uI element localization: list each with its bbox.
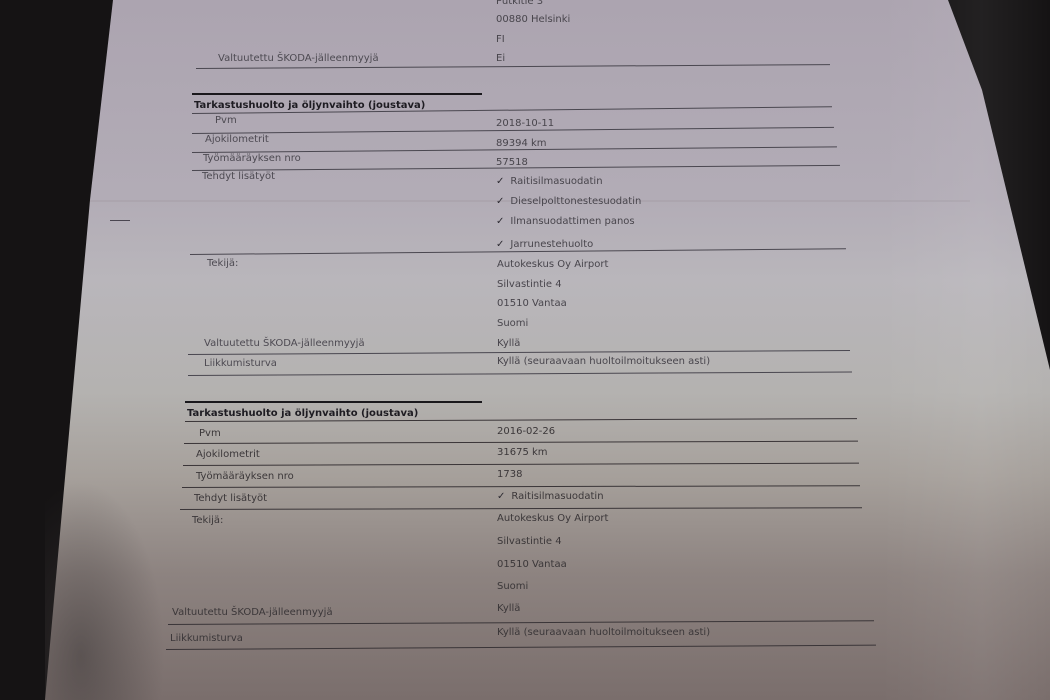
address-line: 00880 Helsinki bbox=[496, 14, 570, 25]
check-icon: ✓ bbox=[496, 196, 504, 207]
row-divider bbox=[188, 350, 850, 355]
performed-by-line: Suomi bbox=[497, 581, 528, 592]
mileage-label: Ajokilometrit bbox=[196, 449, 260, 460]
row-divider bbox=[168, 620, 874, 625]
check-icon: ✓ bbox=[496, 239, 504, 250]
extra-work-text: Raitisilmasuodatin bbox=[511, 491, 603, 502]
check-icon: ✓ bbox=[496, 176, 504, 187]
performed-by-label: Tekijä: bbox=[192, 515, 223, 526]
row-divider bbox=[183, 463, 859, 466]
row-divider bbox=[182, 485, 860, 488]
performed-by-line: 01510 Vantaa bbox=[497, 298, 567, 309]
date-label: Pvm bbox=[199, 428, 221, 439]
extra-work-text: Dieselpolttonestesuodatin bbox=[510, 196, 641, 207]
extra-work-item: ✓Ilmansuodattimen panos bbox=[496, 216, 635, 227]
extra-work-item: ✓Raitisilmasuodatin bbox=[497, 491, 604, 502]
authorized-dealer-label: Valtuutettu ŠKODA-jälleenmyyjä bbox=[218, 53, 379, 64]
row-divider bbox=[180, 507, 862, 510]
performed-by-label: Tekijä: bbox=[207, 258, 238, 269]
performed-by-line: Silvastintie 4 bbox=[497, 279, 562, 290]
address-line: FI bbox=[496, 34, 505, 45]
mobility-label: Liikkumisturva bbox=[204, 358, 277, 369]
mileage-value: 89394 km bbox=[496, 138, 547, 149]
authorized-dealer-value: Kyllä bbox=[497, 338, 520, 349]
authorized-dealer-value: Ei bbox=[496, 53, 505, 64]
extra-work-item: ✓Dieselpolttonestesuodatin bbox=[496, 196, 641, 207]
check-icon: ✓ bbox=[496, 216, 504, 227]
row-divider bbox=[184, 441, 858, 444]
photo-scene: Putkitie 3 00880 Helsinki FI Valtuutettu… bbox=[0, 0, 1050, 700]
check-icon: ✓ bbox=[497, 491, 505, 502]
mileage-value: 31675 km bbox=[497, 447, 548, 458]
extra-work-label: Tehdyt lisätyöt bbox=[202, 171, 275, 182]
mobility-value: Kyllä (seuraavaan huoltoilmoitukseen ast… bbox=[497, 627, 710, 638]
extra-work-label: Tehdyt lisätyöt bbox=[194, 493, 267, 504]
section-title-bar bbox=[192, 93, 482, 95]
row-divider bbox=[196, 64, 830, 69]
work-order-value: 57518 bbox=[496, 157, 528, 168]
section-title-bar bbox=[185, 401, 482, 403]
extra-work-text: Raitisilmasuodatin bbox=[510, 176, 602, 187]
row-divider bbox=[166, 645, 876, 650]
extra-work-text: Ilmansuodattimen panos bbox=[510, 216, 634, 227]
date-value: 2016-02-26 bbox=[497, 426, 555, 437]
work-order-label: Työmääräyksen nro bbox=[196, 471, 294, 482]
date-label: Pvm bbox=[215, 115, 237, 126]
service-history-document: Putkitie 3 00880 Helsinki FI Valtuutettu… bbox=[0, 0, 1050, 700]
work-order-label: Työmääräyksen nro bbox=[203, 153, 301, 164]
date-value: 2018-10-11 bbox=[496, 118, 554, 129]
extra-work-item: ✓Raitisilmasuodatin bbox=[496, 176, 603, 187]
authorized-dealer-value: Kyllä bbox=[497, 603, 520, 614]
authorized-dealer-label: Valtuutettu ŠKODA-jälleenmyyjä bbox=[204, 338, 365, 349]
authorized-dealer-label: Valtuutettu ŠKODA-jälleenmyyjä bbox=[172, 607, 333, 618]
section-title: Tarkastushuolto ja öljynvaihto (joustava… bbox=[194, 100, 425, 111]
mobility-value: Kyllä (seuraavaan huoltoilmoitukseen ast… bbox=[497, 356, 710, 367]
performed-by-line: 01510 Vantaa bbox=[497, 559, 567, 570]
extra-work-text: Jarrunestehuolto bbox=[510, 239, 593, 250]
mobility-label: Liikkumisturva bbox=[170, 633, 243, 644]
work-order-value: 1738 bbox=[497, 469, 522, 480]
performed-by-line: Autokeskus Oy Airport bbox=[497, 513, 608, 524]
performed-by-line: Suomi bbox=[497, 318, 528, 329]
section-title: Tarkastushuolto ja öljynvaihto (joustava… bbox=[187, 408, 418, 419]
performed-by-line: Autokeskus Oy Airport bbox=[497, 259, 608, 270]
extra-work-item: ✓Jarrunestehuolto bbox=[496, 239, 593, 250]
address-line: Putkitie 3 bbox=[496, 0, 543, 7]
performed-by-line: Silvastintie 4 bbox=[497, 536, 562, 547]
row-divider bbox=[188, 372, 852, 376]
mileage-label: Ajokilometrit bbox=[205, 134, 269, 145]
